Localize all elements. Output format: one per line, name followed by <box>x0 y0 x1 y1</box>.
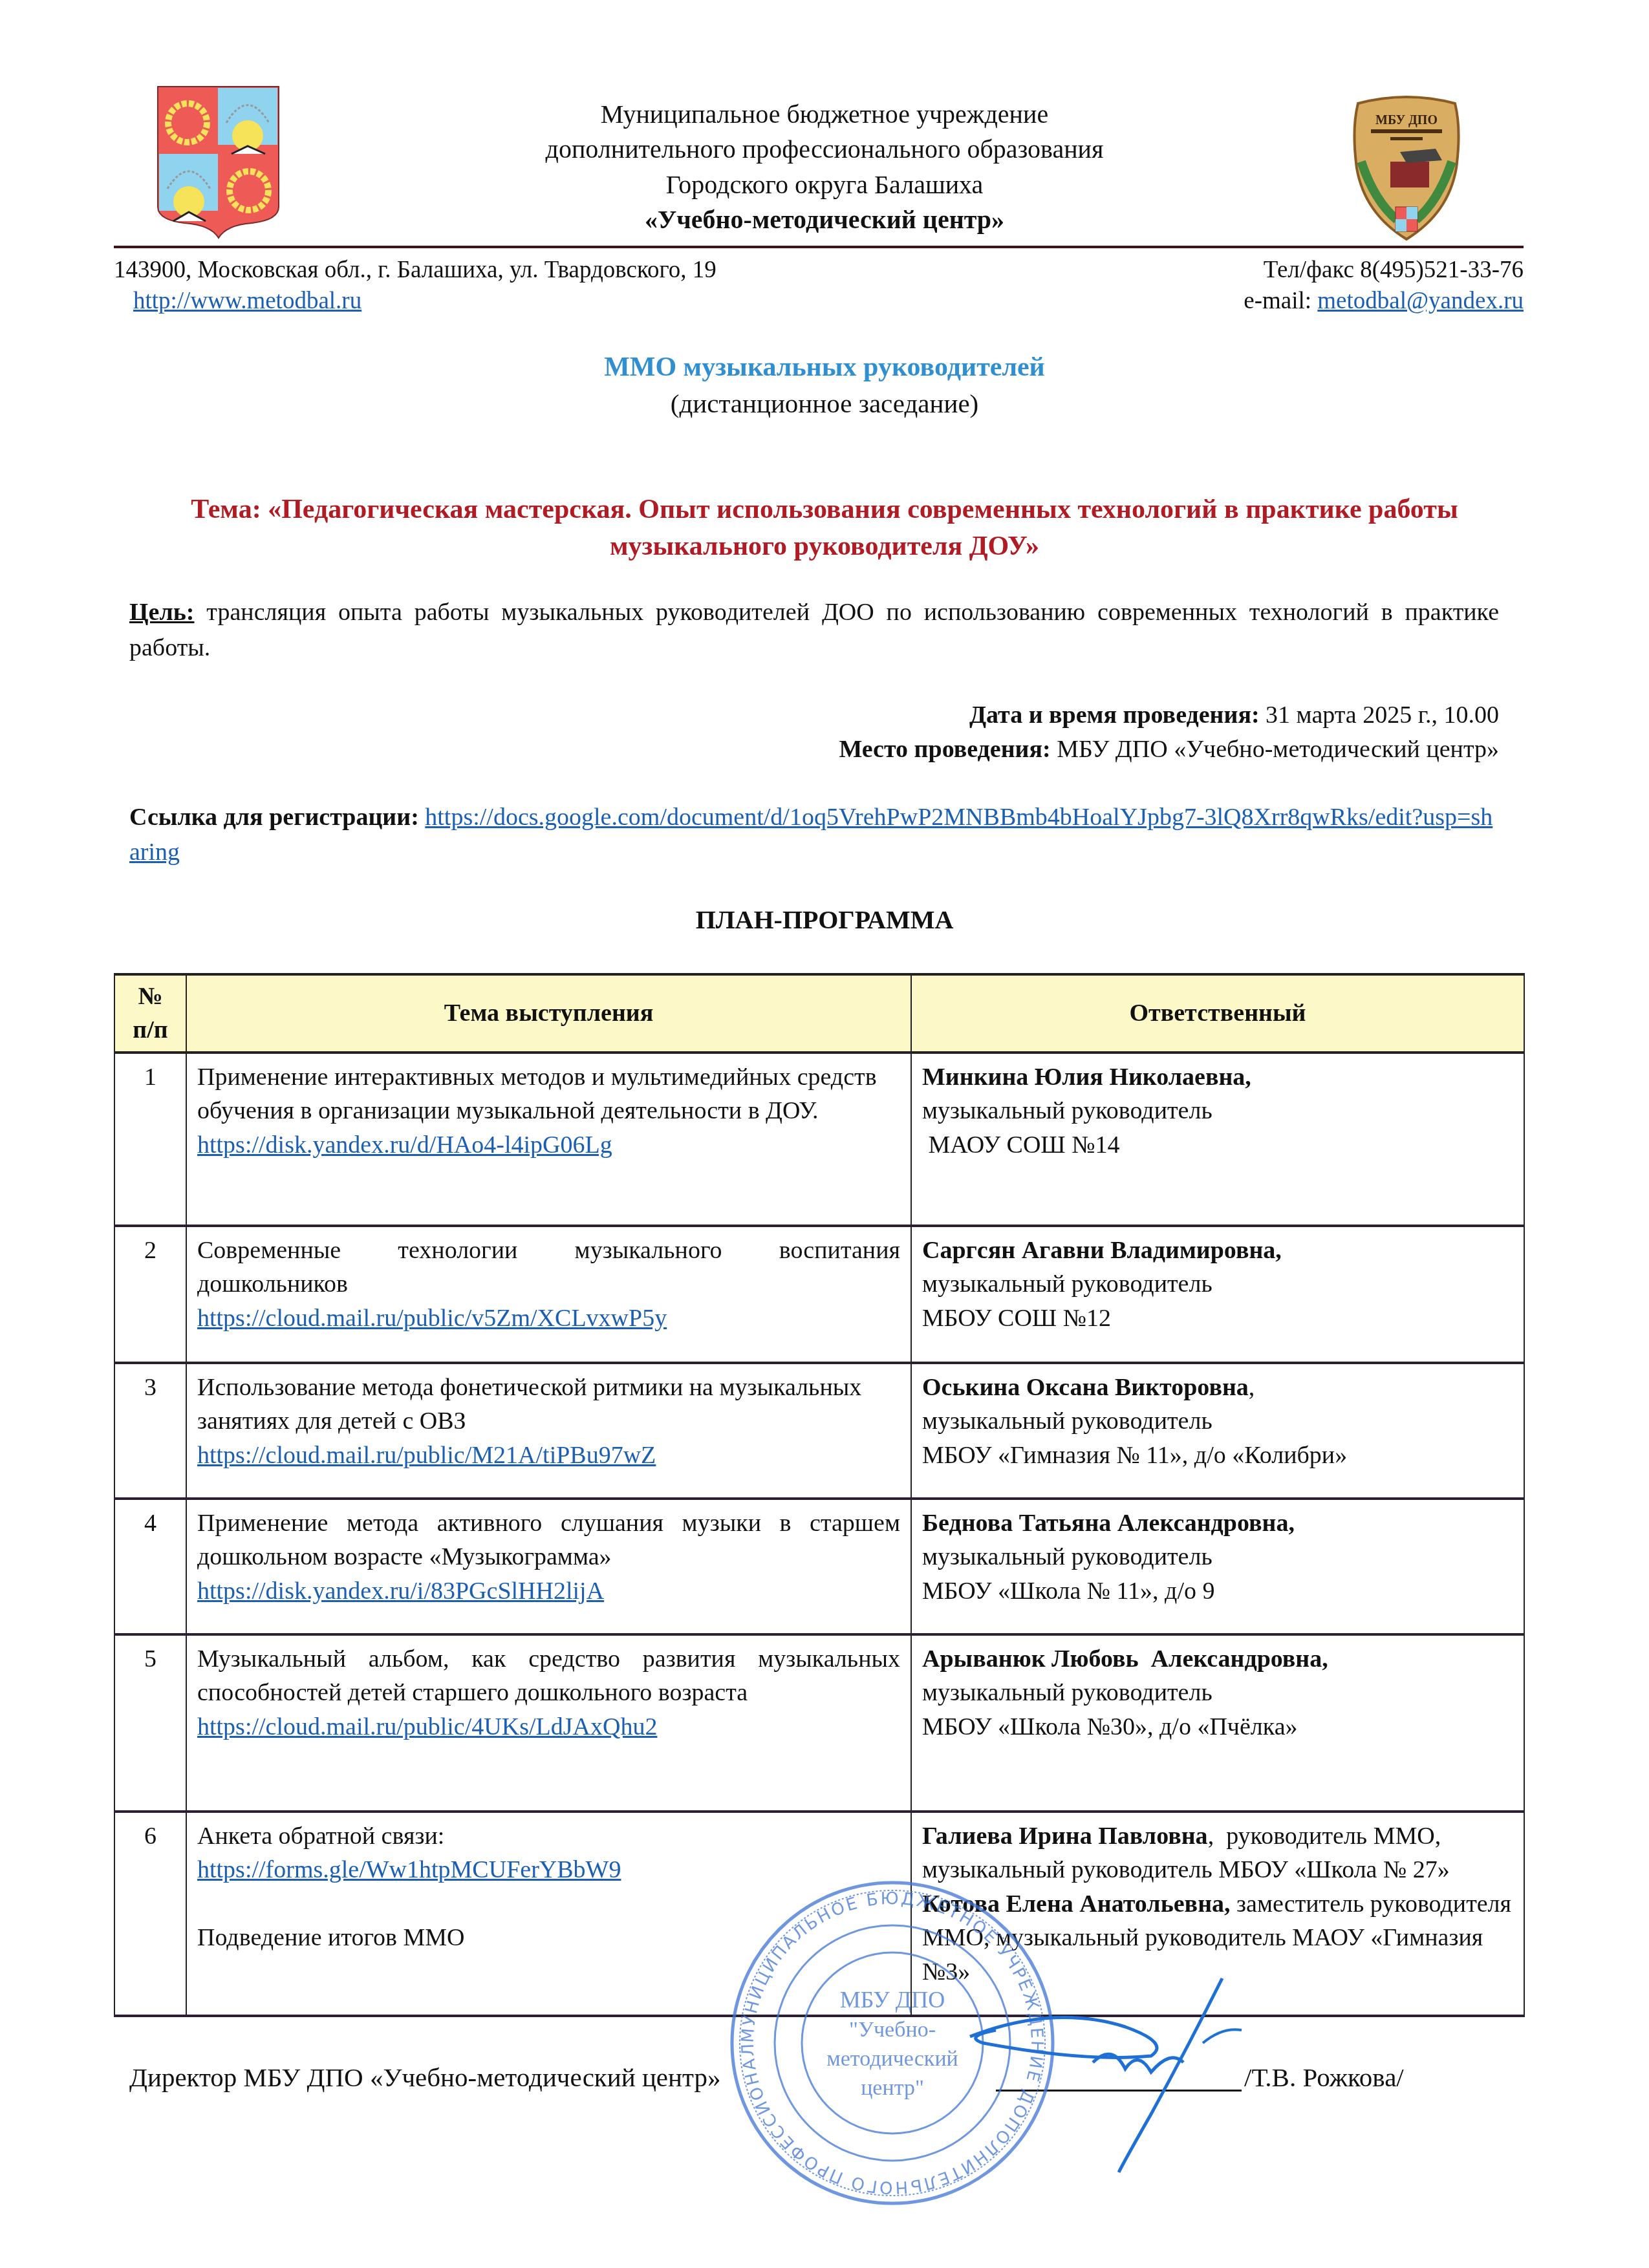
responsible-name: Минкина Юлия Николаевна, <box>922 1060 1513 1094</box>
column-header-topic: Тема выступления <box>186 974 911 1053</box>
header-divider <box>114 246 1524 248</box>
row-topic: Музыкальный альбом, как средство развити… <box>186 1634 911 1812</box>
row-material-link[interactable]: https://cloud.mail.ru/public/4UKs/LdJAxQ… <box>197 1710 900 1744</box>
svg-text:методический: методический <box>826 2047 958 2071</box>
website-link[interactable]: http://www.metodbal.ru <box>133 284 361 317</box>
feedback-form-link[interactable]: https://forms.gle/Ww1htpMCUFerYBbW9 <box>197 1853 900 1887</box>
row-number: 1 <box>114 1053 186 1226</box>
row-topic: Анкета обратной связи: https://forms.gle… <box>186 1812 911 2016</box>
email-label: e-mail: <box>1244 288 1317 314</box>
svg-text:центр": центр" <box>861 2076 924 2100</box>
responsible-org: МБОУ «Школа №30», д/о «Пчёлка» <box>922 1710 1513 1744</box>
goal-label: Цель: <box>129 599 195 626</box>
column-header-number: № п/п <box>114 974 186 1053</box>
registration-label: Ссылка для регистрации: <box>129 804 419 831</box>
row-material-link[interactable]: https://cloud.mail.ru/public/v5Zm/XCLvxw… <box>197 1301 900 1335</box>
email-row: e-mail: metodbal@yandex.ru <box>1244 284 1524 317</box>
svg-text:МБУ ДПО: МБУ ДПО <box>1375 113 1438 127</box>
row-responsible: Арыванюк Любовь Александровна, музыкальн… <box>911 1634 1524 1812</box>
datetime-value: 31 марта 2025 г., 10.00 <box>1260 701 1499 729</box>
responsible-name: Саргсян Агавни Владимировна, <box>922 1234 1513 1267</box>
svg-text:"Учебно-: "Учебно- <box>849 2018 936 2042</box>
meeting-goal: Цель: трансляция опыта работы музыкальны… <box>129 595 1499 666</box>
table-row: 5 Музыкальный альбом, как средство разви… <box>114 1634 1524 1812</box>
signer-name: /Т.В. Рожкова/ <box>1244 2059 1404 2096</box>
meeting-topic: Тема: «Педагогическая мастерская. Опыт и… <box>162 491 1487 564</box>
row-responsible: Галиева Ирина Павловна, руководитель ММО… <box>911 1812 1524 2016</box>
meeting-format: (дистанционное заседание) <box>0 385 1649 422</box>
responsible-org: МАОУ СОШ №14 <box>922 1128 1513 1162</box>
responsible-org: МБОУ «Школа № 11», д/о 9 <box>922 1574 1513 1608</box>
meeting-title: ММО музыкальных руководителей <box>0 349 1649 387</box>
responsible-org: МБОУ СОШ №12 <box>922 1301 1513 1335</box>
row-topic: Использование метода фонетической ритмик… <box>186 1363 911 1499</box>
row-material-link[interactable]: https://cloud.mail.ru/public/M21A/tiPBu9… <box>197 1439 900 1472</box>
responsible-role: музыкальный руководитель <box>922 1094 1513 1128</box>
director-title: Директор МБУ ДПО «Учебно-методический це… <box>129 2059 720 2096</box>
responsible-role: музыкальный руководитель <box>922 1404 1513 1438</box>
row-topic: Применение интерактивных методов и мульт… <box>186 1053 911 1226</box>
email-link[interactable]: metodbal@yandex.ru <box>1317 288 1524 314</box>
row-material-link[interactable]: https://disk.yandex.ru/i/83PGcSlHH2lijA <box>197 1574 900 1608</box>
registration: Ссылка для регистрации: https://docs.goo… <box>129 800 1500 870</box>
table-header-row: № п/п Тема выступления Ответственный <box>114 974 1524 1053</box>
row-number: 6 <box>114 1812 186 2016</box>
column-header-responsible: Ответственный <box>911 974 1524 1053</box>
signature-line <box>996 2090 1242 2091</box>
org-name: «Учебно-методический центр» <box>362 202 1287 237</box>
phone-fax: Тел/факс 8(495)521-33-76 <box>1264 253 1524 286</box>
responsible-name: Беднова Татьяна Александровна, <box>922 1506 1513 1540</box>
row-topic: Современные технологии музыкального восп… <box>186 1226 911 1363</box>
goal-text: трансляция опыта работы музыкальных руко… <box>129 599 1499 661</box>
table-row: 1 Применение интерактивных методов и мул… <box>114 1053 1524 1226</box>
responsible-role: музыкальный руководитель <box>922 1540 1513 1574</box>
responsible-name-2: Котова Елена Анатольевна, <box>922 1890 1231 1918</box>
table-row: 3 Использование метода фонетической ритм… <box>114 1363 1524 1499</box>
institution-emblem-icon: МБУ ДПО <box>1345 91 1468 242</box>
table-row: 4 Применение метода активного слушания м… <box>114 1499 1524 1634</box>
org-line-3: Городского округа Балашиха <box>362 167 1287 202</box>
row-responsible: Саргсян Агавни Владимировна, музыкальный… <box>911 1226 1524 1363</box>
row-responsible: Беднова Татьяна Александровна, музыкальн… <box>911 1499 1524 1634</box>
datetime-label: Дата и время проведения: <box>969 701 1260 729</box>
place-label: Место проведения: <box>839 736 1050 763</box>
row-material-link[interactable]: https://disk.yandex.ru/d/HAo4-l4ipG06Lg <box>197 1128 900 1162</box>
row-responsible: Оськина Оксана Викторовна, музыкальный р… <box>911 1363 1524 1499</box>
summary-item: Подведение итогов ММО <box>197 1921 900 1954</box>
row-number: 3 <box>114 1363 186 1499</box>
table-row: 2 Современные технологии музыкального во… <box>114 1226 1524 1363</box>
coat-of-arms-icon <box>155 84 281 239</box>
table-row: 6 Анкета обратной связи: https://forms.g… <box>114 1812 1524 2016</box>
place-value: МБУ ДПО «Учебно-методический центр» <box>1051 736 1499 763</box>
row-number: 5 <box>114 1634 186 1812</box>
plan-table: № п/п Тема выступления Ответственный 1 П… <box>114 973 1525 2017</box>
meeting-datetime: Дата и время проведения: 31 марта 2025 г… <box>969 698 1499 732</box>
organization-header: Муниципальное бюджетное учреждение допол… <box>362 97 1287 238</box>
org-line-1: Муниципальное бюджетное учреждение <box>362 97 1287 132</box>
responsible-org: МБОУ «Гимназия № 11», д/о «Колибри» <box>922 1439 1513 1472</box>
meeting-place: Место проведения: МБУ ДПО «Учебно-методи… <box>839 733 1499 766</box>
address: 143900, Московская обл., г. Балашиха, ул… <box>114 253 717 286</box>
org-line-2: дополнительного профессионального образо… <box>362 132 1287 167</box>
row-number: 2 <box>114 1226 186 1363</box>
row-responsible: Минкина Юлия Николаевна, музыкальный рук… <box>911 1053 1524 1226</box>
row-topic: Применение метода активного слушания муз… <box>186 1499 911 1634</box>
responsible-role: музыкальный руководитель <box>922 1676 1513 1709</box>
responsible-role: музыкальный руководитель <box>922 1267 1513 1301</box>
row-number: 4 <box>114 1499 186 1634</box>
responsible-name: Галиева Ирина Павловна <box>922 1823 1208 1850</box>
responsible-name: Арыванюк Любовь Александровна, <box>922 1642 1513 1676</box>
plan-title: ПЛАН-ПРОГРАММА <box>0 902 1649 937</box>
responsible-name: Оськина Оксана Викторовна <box>922 1374 1249 1401</box>
